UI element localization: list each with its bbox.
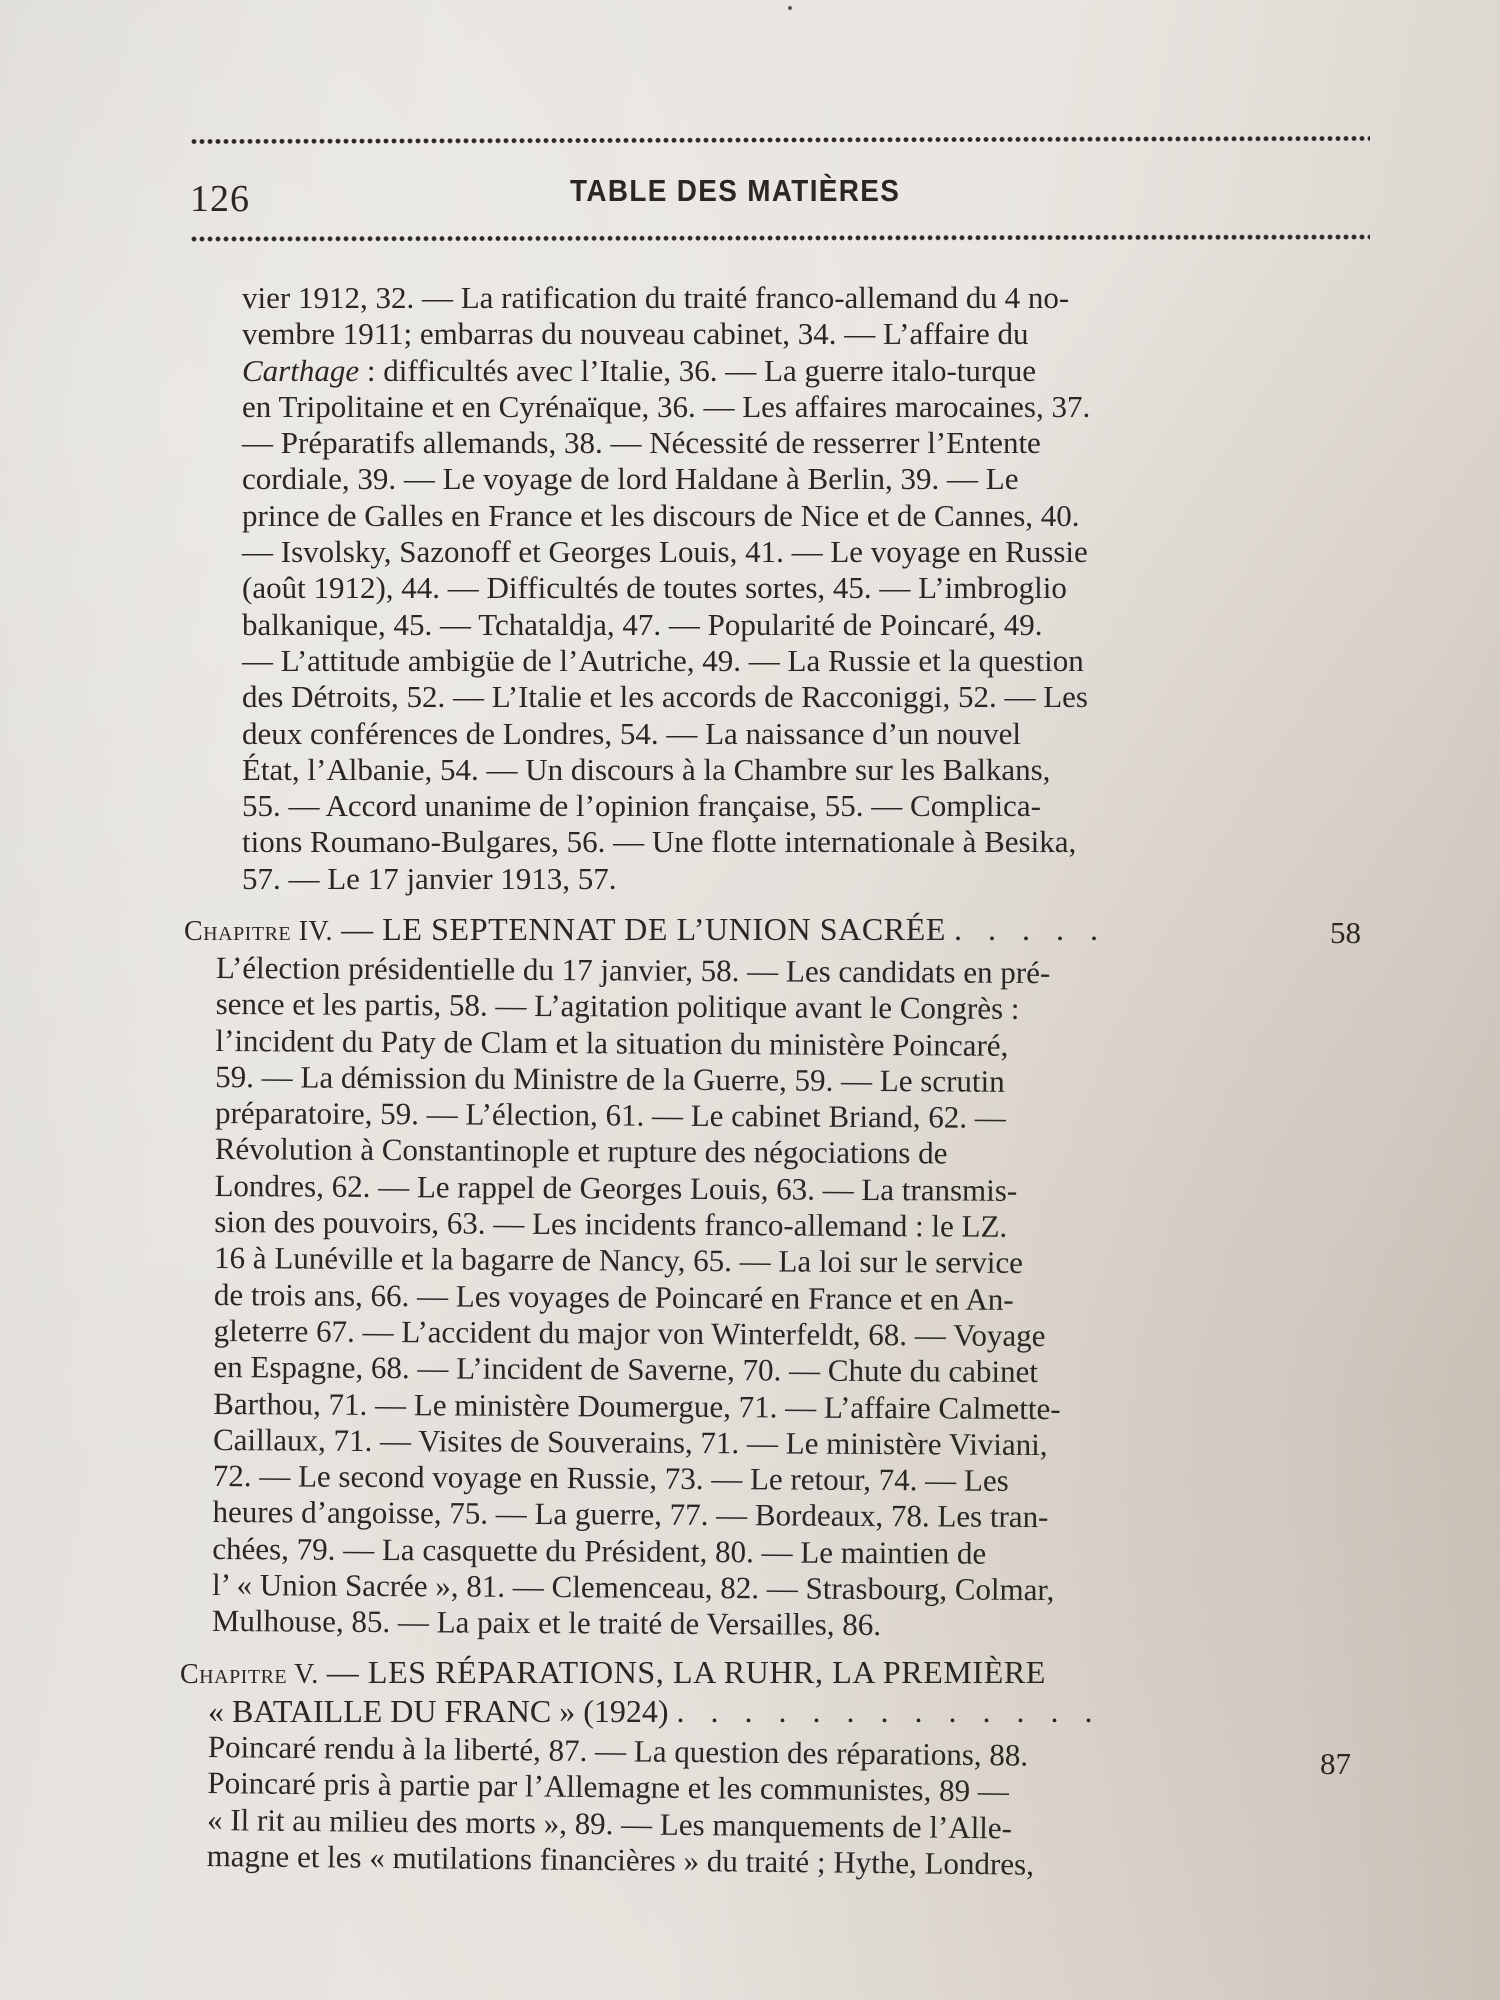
- toc-line: (août 1912), 44. — Difficultés de toutes…: [242, 570, 1288, 606]
- ship-name-carthage: Carthage: [242, 353, 359, 388]
- ink-speck: [788, 6, 792, 10]
- toc-line: — Préparatifs allemands, 38. — Nécessité…: [242, 425, 1288, 461]
- chapter-title-continued: « BATAILLE DU FRANC » (1924) . . . . . .…: [208, 1693, 1300, 1729]
- chapter-page-number: 58: [1330, 915, 1361, 951]
- toc-line: des Détroits, 52. — L’Italie et les acco…: [242, 679, 1288, 715]
- dot-leader: . . . . . . . . . . . . .: [677, 1693, 1102, 1729]
- toc-line: 16 à Lunéville et la bagarre de Nancy, 6…: [214, 1240, 1274, 1283]
- toc-line: cordiale, 39. — Le voyage de lord Haldan…: [242, 461, 1288, 497]
- chapter-page-number: 87: [1320, 1746, 1351, 1782]
- toc-line: — Isvolsky, Sazonoff et Georges Louis, 4…: [242, 534, 1288, 570]
- toc-line: 57. — Le 17 janvier 1913, 57.: [242, 861, 1288, 897]
- toc-line: deux conférences de Londres, 54. — La na…: [242, 716, 1288, 752]
- chapter-summary: Poincaré rendu à la liberté, 87. — La qu…: [206, 1729, 1267, 1885]
- toc-line: Révolution à Constantinople et rupture d…: [215, 1132, 1275, 1175]
- chapter-v-entry: Chapitre V. — LES RÉPARATIONS, LA RUHR, …: [180, 1654, 1300, 1874]
- toc-line: sence et les partis, 58. — L’agitation p…: [216, 986, 1276, 1029]
- chapter-label: Chapitre IV.: [184, 916, 333, 947]
- table-of-contents: vier 1912, 32. — La ratification du trai…: [180, 280, 1300, 1874]
- header-dotted-rule-bottom: [190, 233, 1370, 243]
- running-title: TABLE DES MATIÈRES: [570, 173, 900, 209]
- toc-line: tions Roumano-Bulgares, 56. — Une flotte…: [242, 824, 1288, 860]
- dot-leader: . . . . .: [954, 911, 1107, 947]
- toc-line: vier 1912, 32. — La ratification du trai…: [242, 280, 1288, 316]
- chapter-title: — LE SEPTENNAT DE L’UNION SACRÉE: [341, 911, 946, 947]
- toc-line: 55. — Accord unanime de l’opinion frança…: [242, 788, 1288, 824]
- page-number: 126: [190, 177, 250, 221]
- toc-line: vembre 1911; embarras du nouveau cabinet…: [242, 316, 1288, 352]
- toc-line: Mulhouse, 85. — La paix et le traité de …: [212, 1603, 1272, 1646]
- chapter-summary: L’élection présidentielle du 17 janvier,…: [212, 950, 1276, 1646]
- toc-line: en Espagne, 68. — L’incident de Saverne,…: [213, 1349, 1273, 1392]
- toc-line: Carthage : difficultés avec l’Italie, 36…: [242, 353, 1288, 389]
- chapter-title-line2: « BATAILLE DU FRANC » (1924): [208, 1693, 669, 1729]
- toc-line-rest: : difficultés avec l’Italie, 36. — La gu…: [359, 353, 1036, 388]
- running-header: 126 TABLE DES MATIÈRES: [190, 165, 1370, 225]
- chapter-iv-entry: Chapitre IV. — LE SEPTENNAT DE L’UNION S…: [180, 911, 1300, 1640]
- chapter-iii-continuation: vier 1912, 32. — La ratification du trai…: [242, 280, 1288, 897]
- chapter-heading: Chapitre V. — LES RÉPARATIONS, LA RUHR, …: [180, 1654, 1300, 1729]
- toc-line: État, l’Albanie, 54. — Un discours à la …: [242, 752, 1288, 788]
- toc-line: balkanique, 45. — Tchataldja, 47. — Popu…: [242, 607, 1288, 643]
- toc-line: prince de Galles en France et les discou…: [242, 498, 1288, 534]
- toc-line: en Tripolitaine et en Cyrénaïque, 36. — …: [242, 389, 1288, 425]
- chapter-label: Chapitre V.: [180, 1659, 319, 1690]
- chapter-title: — LES RÉPARATIONS, LA RUHR, LA PREMIÈRE: [327, 1654, 1046, 1690]
- chapter-heading: Chapitre IV. — LE SEPTENNAT DE L’UNION S…: [184, 911, 1300, 950]
- toc-line: — L’attitude ambigüe de l’Autriche, 49. …: [242, 643, 1288, 679]
- toc-line: heures d’angoisse, 75. — La guerre, 77. …: [212, 1494, 1272, 1537]
- header-dotted-rule-top: [190, 134, 1370, 145]
